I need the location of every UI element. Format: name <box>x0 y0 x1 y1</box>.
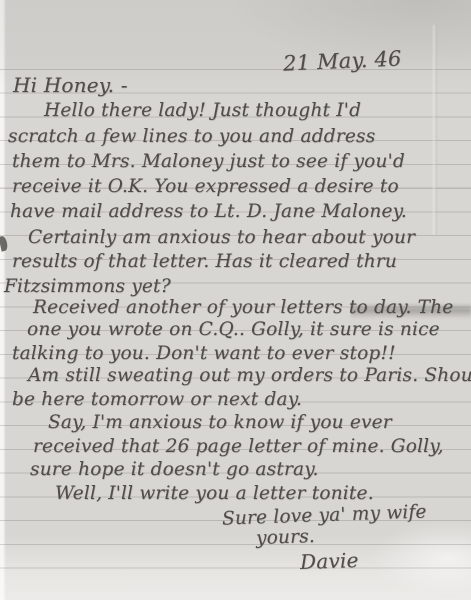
letter-closing-line: Sure love ya' my wife <box>222 501 427 530</box>
letter-line: Am still sweating out my orders to Paris… <box>28 365 471 387</box>
letter-paper: 21 May. 46 Hi Honey. - Hello there lady!… <box>0 0 471 600</box>
letter-line: scratch a few lines to you and address <box>8 126 375 148</box>
letter-line: receive it O.K. You expressed a desire t… <box>12 176 399 198</box>
letter-line: have mail address to Lt. D. Jane Maloney… <box>10 201 407 223</box>
letter-line: results of that letter. Has it cleared t… <box>12 251 397 273</box>
letter-line: be here tomorrow or next day. <box>12 389 302 411</box>
letter-line: one you wrote on C.Q.. Golly, it sure is… <box>27 319 440 341</box>
letter-line: received that 26 page letter of mine. Go… <box>33 436 444 458</box>
paper-crease <box>433 25 437 235</box>
letter-line: Certainly am anxious to hear about your <box>28 227 415 249</box>
letter-salutation: Hi Honey. - <box>13 74 128 96</box>
letter-line: sure hope it doesn't go astray. <box>30 459 319 481</box>
letter-line: them to Mrs. Maloney just to see if you'… <box>12 151 405 173</box>
letter-closing-line: yours. <box>256 526 316 550</box>
letter-line: talking to you. Don't want to ever stop!… <box>12 343 396 365</box>
letter-line: Hello there lady! Just thought I'd <box>44 100 361 122</box>
letter-signature: Davie <box>300 549 359 573</box>
paper-edge-mark <box>0 235 8 251</box>
letter-line: Well, I'll write you a letter tonite. <box>55 483 374 505</box>
letter-date: 21 May. 46 <box>283 47 402 74</box>
letter-line: Fitzsimmons yet? <box>4 276 171 298</box>
letter-line: Say, I'm anxious to know if you ever <box>48 412 392 434</box>
letter-line: Received another of your letters to day.… <box>33 297 453 319</box>
